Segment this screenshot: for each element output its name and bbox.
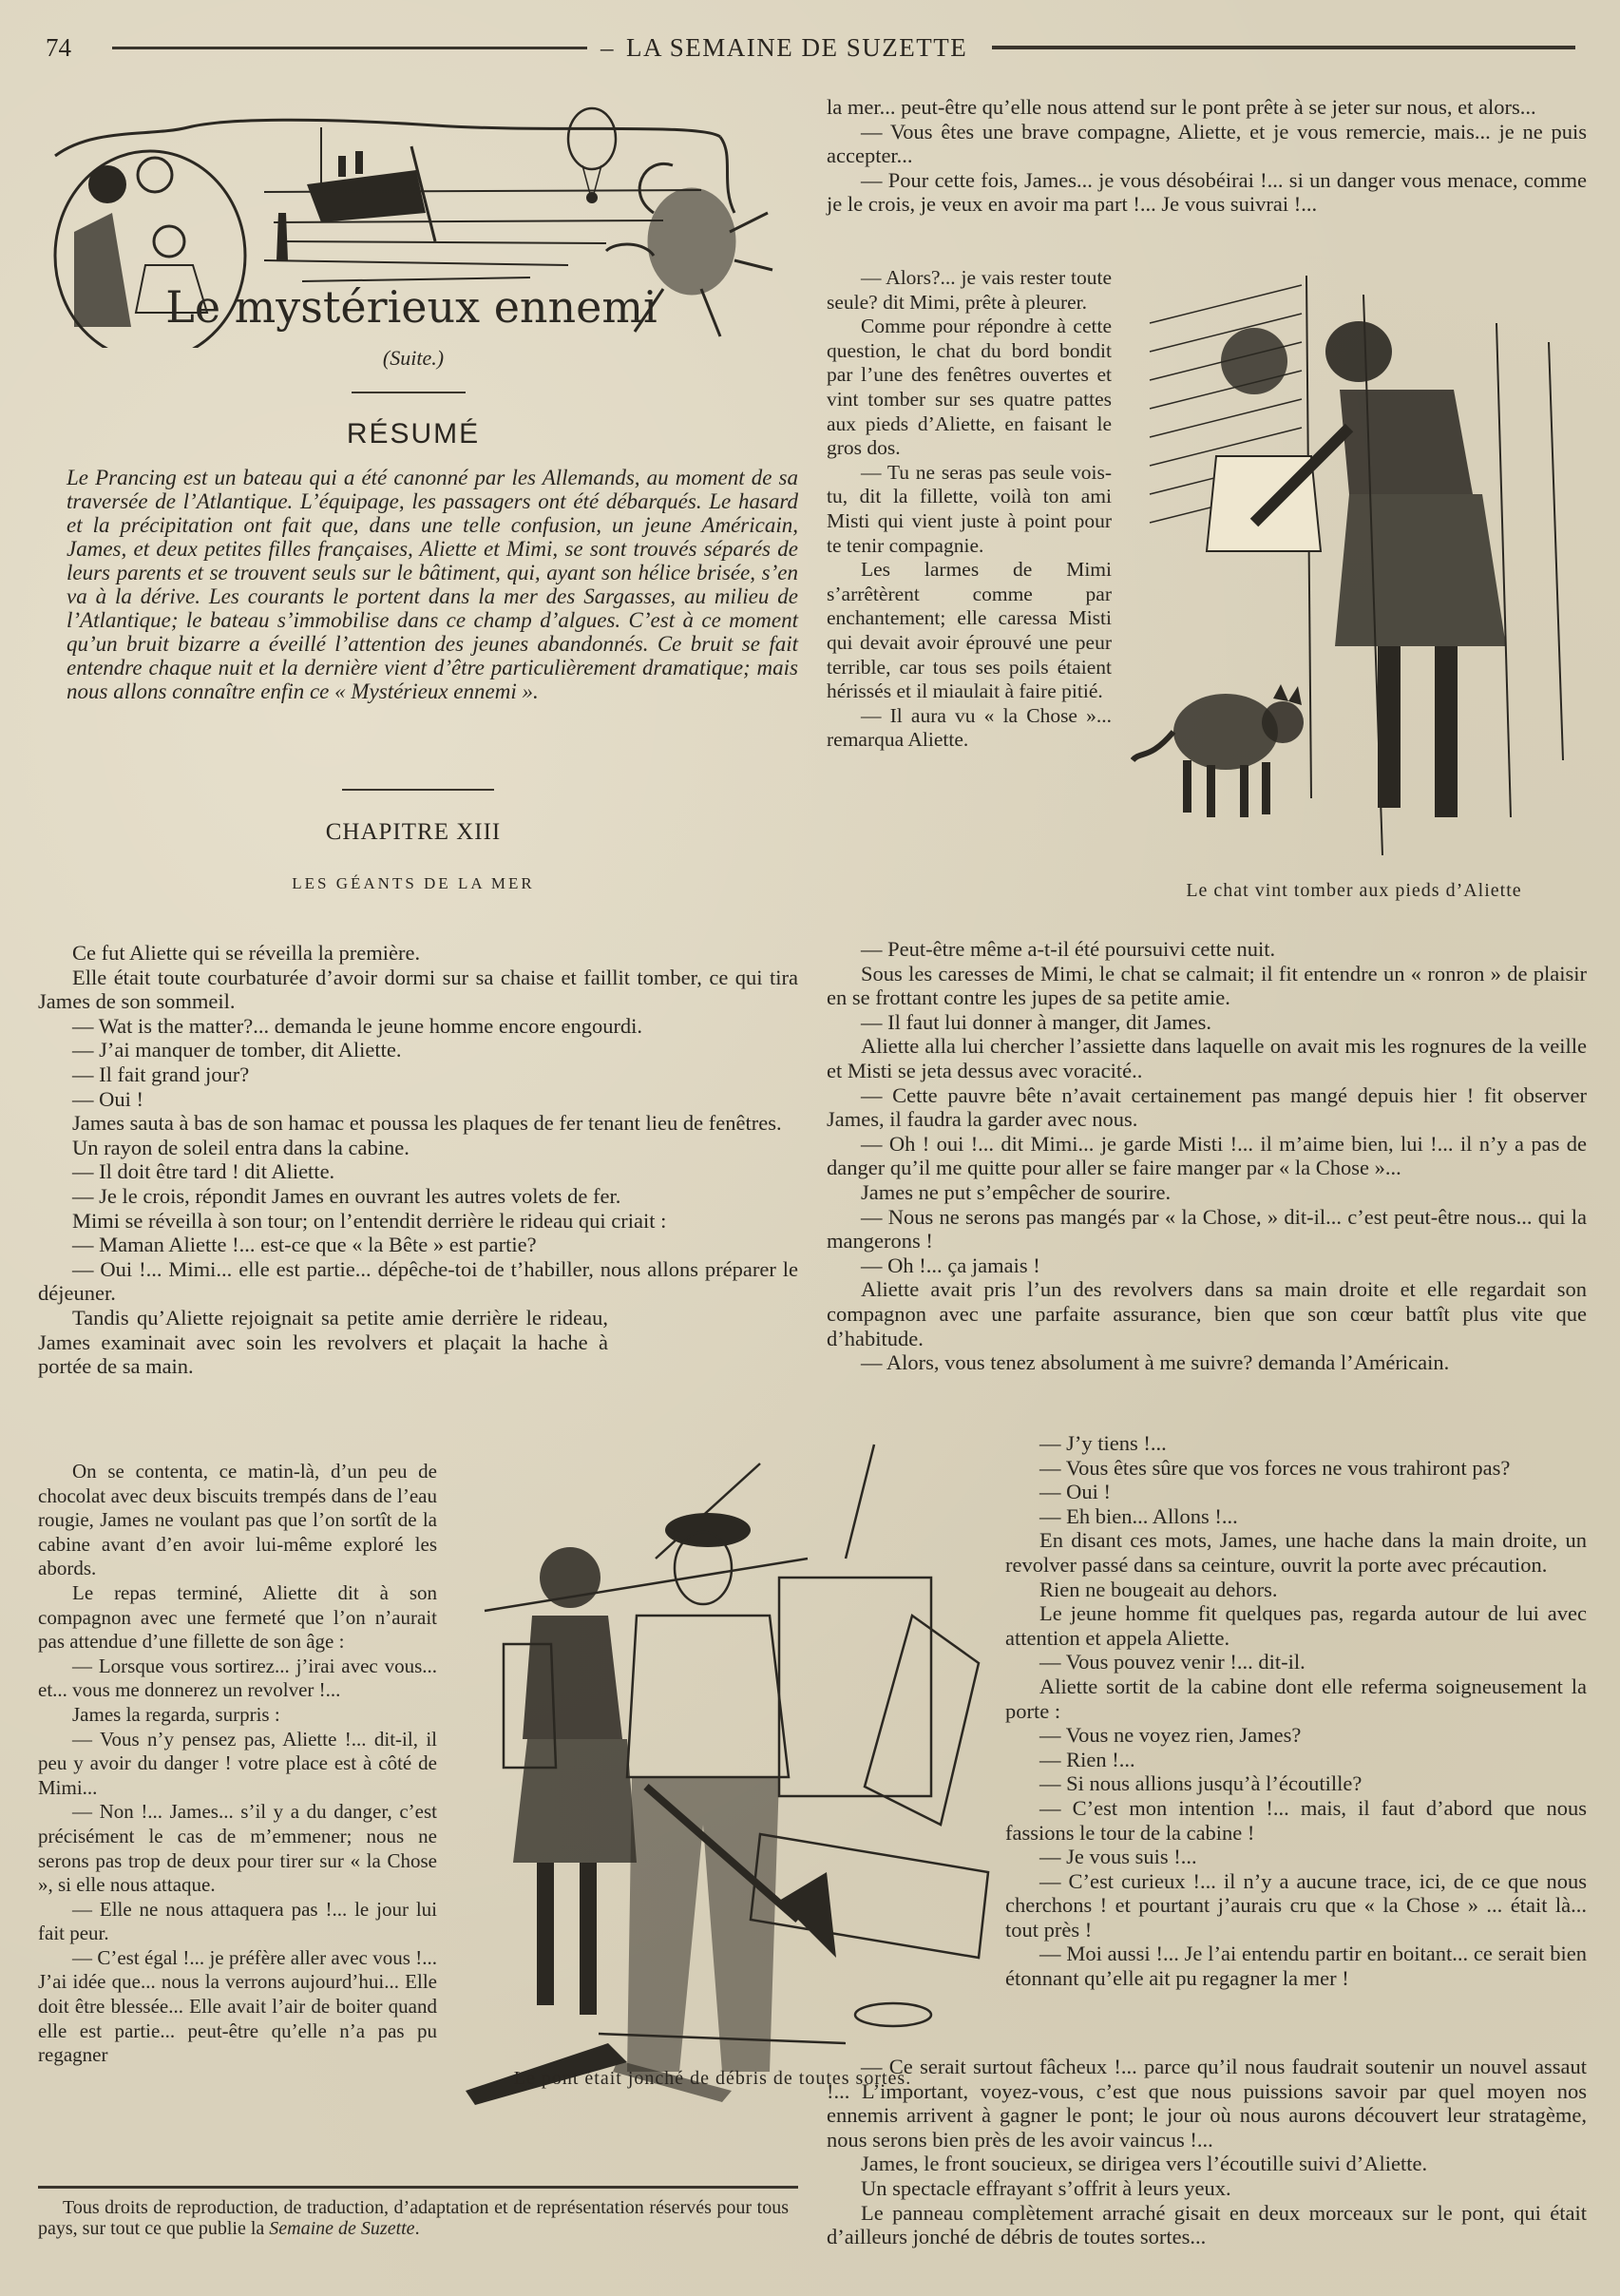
ornament-vine-icon: Le mystérieux ennemi: [36, 99, 787, 348]
paragraph: — Rien !...: [1005, 1748, 1587, 1772]
paragraph: — Maman Aliette !... est-ce que « la Bêt…: [38, 1233, 798, 1257]
resume-heading: RÉSUMÉ: [38, 418, 789, 450]
publication-title: –LA SEMAINE DE SUZETTE: [600, 33, 967, 63]
paragraph: Aliette alla lui chercher l’assiette dan…: [827, 1034, 1587, 1082]
paragraph: — Pour cette fois, James... je vous déso…: [827, 168, 1587, 217]
paragraph: James la regarda, surpris :: [38, 1703, 437, 1728]
running-head: 74 –LA SEMAINE DE SUZETTE: [46, 29, 1575, 67]
paragraph: En disant ces mots, James, une hache dan…: [1005, 1528, 1587, 1577]
paragraph: — Vous êtes une brave compagne, Aliette,…: [827, 120, 1587, 168]
paragraph: On se contenta, ce matin-là, d’un peu de…: [38, 1460, 437, 1581]
paragraph: — J’ai manquer de tomber, dit Aliette.: [38, 1038, 798, 1062]
right-column-indented: — J’y tiens !... — Vous êtes sûre que vo…: [1005, 1431, 1587, 1991]
paragraph: — Oh !... ça jamais !: [827, 1253, 1587, 1278]
paragraph: — Je le crois, répondit James en ouvrant…: [38, 1184, 798, 1209]
right-column-narrow: — Alors?... je vais rester toute seule? …: [827, 266, 1112, 753]
paragraph: Elle était toute courbaturée d’avoir dor…: [38, 966, 798, 1014]
paragraph: Les larmes de Mimi s’arrêtèrent comme pa…: [827, 558, 1112, 704]
paragraph: Tandis qu’Aliette rejoignait sa petite a…: [38, 1306, 608, 1379]
title-banner-illustration: Le mystérieux ennemi: [36, 99, 787, 348]
paragraph: Aliette sortit de la cabine dont elle re…: [1005, 1674, 1587, 1723]
paragraph: — C’est mon intention !... mais, il faut…: [1005, 1796, 1587, 1845]
paragraph: Le panneau complètement arraché gisait e…: [827, 2201, 1587, 2249]
right-column-middle: — Peut-être même a-t-il été poursuivi ce…: [827, 937, 1587, 1375]
paragraph: — Cette pauvre bête n’avait certainement…: [827, 1083, 1587, 1132]
paragraph: — Oh ! oui !... dit Mimi... je garde Mis…: [827, 1132, 1587, 1180]
right-column-top: la mer... peut-être qu’elle nous attend …: [827, 95, 1587, 217]
paragraph: — Peut-être même a-t-il été poursuivi ce…: [827, 937, 1587, 962]
paragraph: — Moi aussi !... Je l’ai entendu partir …: [1005, 1942, 1587, 1990]
footer-rule: [38, 2186, 798, 2189]
paragraph: — Si nous allions jusqu’à l’écoutille?: [1005, 1771, 1587, 1796]
rights-notice: Tous droits de reproduction, de traducti…: [38, 2197, 789, 2239]
paragraph: — Wat is the matter?... demanda le jeune…: [38, 1014, 798, 1039]
paragraph: Rien ne bougeait au dehors.: [1005, 1578, 1587, 1602]
paragraph: Un spectacle effrayant s’offrit à leurs …: [827, 2176, 1587, 2201]
page-number: 74: [46, 33, 112, 63]
girl-with-cat-illustration-icon: [1131, 266, 1587, 874]
paragraph: Ce fut Aliette qui se réveilla la premiè…: [38, 941, 798, 966]
paragraph: — Non !... James... s’il y a du danger, …: [38, 1800, 437, 1897]
divider: [352, 392, 466, 393]
paragraph: — Ce serait surtout fâcheux !... parce q…: [827, 2055, 1587, 2152]
paragraph: Un rayon de soleil entra dans la cabine.: [38, 1136, 798, 1160]
paragraph: — Nous ne serons pas mangés par « la Cho…: [827, 1205, 1587, 1253]
svg-text:Le mystérieux ennemi: Le mystérieux ennemi: [165, 281, 657, 333]
paragraph: Le repas terminé, Aliette dit à son comp…: [38, 1581, 437, 1655]
header-rule-right: [992, 46, 1575, 49]
paragraph: — Alors?... je vais rester toute seule? …: [827, 266, 1112, 315]
paragraph: Comme pour répondre à cette question, le…: [827, 315, 1112, 461]
left-column-top: Ce fut Aliette qui se réveilla la premiè…: [38, 941, 798, 1379]
paragraph: — Vous n’y pensez pas, Aliette !... dit-…: [38, 1728, 437, 1801]
paragraph: la mer... peut-être qu’elle nous attend …: [827, 95, 1587, 120]
paragraph: — Tu ne seras pas seule vois-tu, dit la …: [827, 461, 1112, 558]
paragraph: James sauta à bas de son hamac et poussa…: [38, 1111, 798, 1136]
paragraph: — Il faut lui donner à manger, dit James…: [827, 1010, 1587, 1035]
right-column-bottom: — Ce serait surtout fâcheux !... parce q…: [827, 2055, 1587, 2249]
paragraph: James ne put s’empêcher de sourire.: [827, 1180, 1587, 1205]
header-rule-left: [112, 47, 587, 49]
paragraph: — Vous ne voyez rien, James?: [1005, 1723, 1587, 1748]
paragraph: — Oui !... Mimi... elle est partie... dé…: [38, 1257, 798, 1306]
continued-label: (Suite.): [38, 346, 789, 371]
paragraph: Aliette avait pris l’un des revolvers da…: [827, 1277, 1587, 1350]
publication-name: Semaine de Suzette: [269, 2218, 414, 2239]
paragraph: — Il doit être tard ! dit Aliette.: [38, 1159, 798, 1184]
deck-illustration: Le pont était jonché de débris de toutes…: [447, 1425, 1007, 2119]
cat-illustration: Le chat vint tomber aux pieds d’Aliette: [1131, 266, 1587, 912]
cat-caption: Le chat vint tomber aux pieds d’Aliette: [1131, 880, 1577, 901]
paragraph: Sous les caresses de Mimi, le chat se ca…: [827, 962, 1587, 1010]
paragraph: — Vous êtes sûre que vos forces ne vous …: [1005, 1456, 1587, 1481]
paragraph: Mimi se réveilla à son tour; on l’entend…: [38, 1209, 798, 1234]
resume-text: Le Prancing est un bateau qui a été cano…: [67, 466, 798, 703]
divider: [342, 789, 494, 791]
paragraph: Le jeune homme fit quelques pas, regarda…: [1005, 1601, 1587, 1650]
left-column-narrow: On se contenta, ce matin-là, d’un peu de…: [38, 1460, 437, 2068]
paragraph: James, le front soucieux, se dirigea ver…: [827, 2152, 1587, 2176]
paragraph: — Eh bien... Allons !...: [1005, 1504, 1587, 1529]
paragraph: — Alors, vous tenez absolument à me suiv…: [827, 1350, 1587, 1375]
paragraph: — Je vous suis !...: [1005, 1845, 1587, 1869]
paragraph: — Il aura vu « la Chose »... remarqua Al…: [827, 704, 1112, 753]
paragraph: — Elle ne nous attaquera pas !... le jou…: [38, 1898, 437, 1946]
paragraph: — Vous pouvez venir !... dit-il.: [1005, 1650, 1587, 1674]
paragraph: — C’est curieux !... il n’y a aucune tra…: [1005, 1869, 1587, 1942]
paragraph: — C’est égal !... je préfère aller avec …: [38, 1946, 437, 2068]
paragraph: — J’y tiens !...: [1005, 1431, 1587, 1456]
sailor-axe-girl-illustration-icon: [447, 1425, 1007, 2119]
paragraph: — Lorsque vous sortirez... j’irai avec v…: [38, 1655, 437, 1703]
paragraph: — Oui !: [1005, 1480, 1587, 1504]
paragraph: — Il fait grand jour?: [38, 1062, 798, 1087]
chapter-title: LES GÉANTS DE LA MER: [38, 874, 789, 893]
chapter-number: CHAPITRE XIII: [38, 819, 789, 846]
paragraph: — Oui !: [38, 1087, 798, 1112]
